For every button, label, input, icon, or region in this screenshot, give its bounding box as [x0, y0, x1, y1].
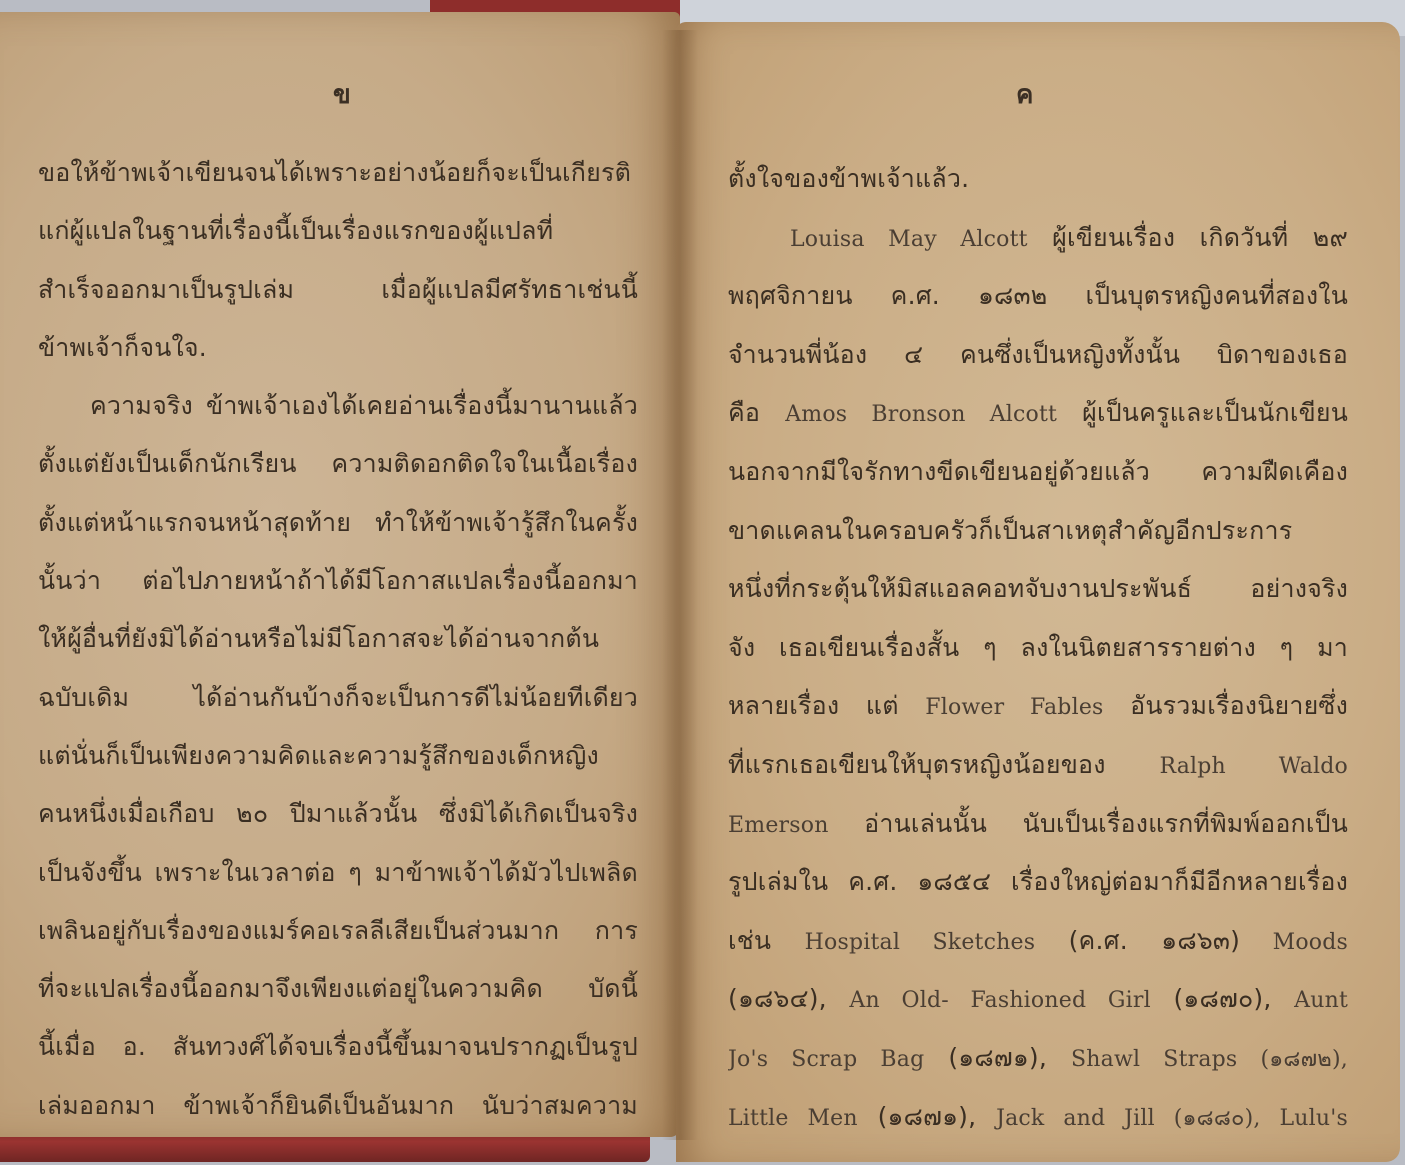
text-line: เป็นจังขึ้น เพราะในเวลาต่อ ๆ มาข้าพเจ้าไ… — [38, 844, 638, 902]
text-line: นั้นว่า ต่อไปภายหน้าถ้าได้มีโอกาสแปลเรื่… — [38, 552, 638, 610]
text-line: เพลินอยู่กับเรื่องของแมร์คอเรลลีเสียเป็น… — [38, 902, 638, 960]
text-line: ที่จะแปลเรื่องนี้ออกมาจึงเพียงแต่อยู่ในค… — [38, 960, 638, 1018]
text-line: หลายเรื่อง แต่ Flower Fables อันรวมเรื่อ… — [728, 677, 1348, 736]
text-line: สำเร็จออกมาเป็นรูปเล่ม เมื่อผู้แปลมีศรัท… — [38, 261, 638, 319]
left-page-text: ขอให้ข้าพเจ้าเขียนจนได้เพราะอย่างน้อยก็จ… — [38, 144, 638, 1135]
text-line: ข้าพเจ้าก็จนใจ. — [38, 319, 638, 377]
text-line: นี้เมื่อ อ. สันทวงศ์ได้จบเรื่องนี้ขึ้นมา… — [38, 1018, 638, 1076]
right-page-text: ตั้งใจของข้าพเจ้าแล้ว. Louisa May Alcott… — [728, 150, 1348, 1146]
text-line: แต่นั่นก็เป็นเพียงความคิดและความรู้สึกขอ… — [38, 727, 638, 785]
author-name: Louisa May Alcott — [790, 227, 1028, 252]
book-title: Moods — [1240, 930, 1348, 955]
text-line: จำนวนพี่น้อง ๔ คนซึ่งเป็นหญิงทั้งนั้น บิ… — [728, 326, 1348, 385]
text-line: เช่น Hospital Sketches (ค.ศ. ๑๘๖๓) Moods — [728, 912, 1348, 971]
person-name: Ralph Waldo — [1159, 754, 1348, 779]
father-name: Amos Bronson Alcott — [785, 402, 1057, 427]
book-title: An Old- Fashioned Girl — [849, 988, 1150, 1013]
book-title: Little Men — [728, 1106, 858, 1131]
text-line: แก่ผู้แปลในฐานที่เรื่องนี้เป็นเรื่องแรกข… — [38, 202, 638, 260]
text-line: พฤศจิกายน ค.ศ. ๑๘๓๒ เป็นบุตรหญิงคนที่สอง… — [728, 267, 1348, 326]
book-title: Shawl Straps (๑๘๗๒), — [1071, 1047, 1348, 1072]
book-title: Jack and Jill (๑๘๘๐), Lulu's — [996, 1106, 1348, 1131]
text-line: หนึ่งที่กระตุ้นให้มิสแอลคอทจับงานประพันธ… — [728, 560, 1348, 619]
text-line: (๑๘๖๔), An Old- Fashioned Girl (๑๘๗๐), A… — [728, 970, 1348, 1029]
text-line: ตั้งแต่หน้าแรกจนหน้าสุดท้าย ทำให้ข้าพเจ้… — [38, 494, 638, 552]
right-page: ค ตั้งใจของข้าพเจ้าแล้ว. Louisa May Alco… — [676, 22, 1400, 1162]
text-line: ที่แรกเธอเขียนให้บุตรหญิงน้อยของ Ralph W… — [728, 736, 1348, 795]
book-title: Hospital Sketches — [805, 930, 1036, 955]
page-number: ข — [333, 74, 351, 115]
text-line: นอกจากมีใจรักทางขีดเขียนอยู่ด้วยแล้ว ควา… — [728, 443, 1348, 502]
book-title: Jo's Scrap Bag — [728, 1047, 924, 1072]
text-line: Jo's Scrap Bag (๑๘๗๑), Shawl Straps (๑๘๗… — [728, 1029, 1348, 1088]
text-line: ตั้งแต่ยังเป็นเด็กนักเรียน ความติดอกติดใ… — [38, 435, 638, 493]
text-line: Emerson อ่านเล่นนั้น นับเป็นเรื่องแรกที่… — [728, 795, 1348, 854]
book-gutter — [662, 30, 698, 1140]
text-line: จัง เธอเขียนเรื่องสั้น ๆ ลงในนิตยสารรายต… — [728, 619, 1348, 678]
text-line: รูปเล่มใน ค.ศ. ๑๘๕๔ เรื่องใหญ่ต่อมาก็มีอ… — [728, 853, 1348, 912]
person-name: Emerson — [728, 813, 829, 838]
text-line: คนหนึ่งเมื่อเกือบ ๒๐ ปีมาแล้วนั้น ซึ่งมิ… — [38, 785, 638, 843]
text-line: ให้ผู้อื่นที่ยังมิได้อ่านหรือไม่มีโอกาสจ… — [38, 610, 638, 668]
text-line: ขาดแคลนในครอบครัวก็เป็นสาเหตุสำคัญอีกประ… — [728, 502, 1348, 561]
book-title: Aunt — [1294, 988, 1348, 1013]
text-line: Little Men (๑๘๗๑), Jack and Jill (๑๘๘๐),… — [728, 1088, 1348, 1147]
text-line: Louisa May Alcott ผู้เขียนเรื่อง เกิดวัน… — [728, 209, 1348, 268]
text-line: ขอให้ข้าพเจ้าเขียนจนได้เพราะอย่างน้อยก็จ… — [38, 144, 638, 202]
text-line: ตั้งใจของข้าพเจ้าแล้ว. — [728, 150, 1348, 209]
text-line: เล่มออกมา ข้าพเจ้าก็ยินดีเป็นอันมาก นับว… — [38, 1077, 638, 1135]
book-title: Flower Fables — [925, 695, 1103, 720]
page-number: ค — [1016, 74, 1033, 115]
text-line: ความจริง ข้าพเจ้าเองได้เคยอ่านเรื่องนี้ม… — [38, 377, 638, 435]
left-page: ข ขอให้ข้าพเจ้าเขียนจนได้เพราะอย่างน้อยก… — [0, 12, 680, 1137]
text-line: ฉบับเดิม ได้อ่านกันบ้างก็จะเป็นการดีไม่น… — [38, 669, 638, 727]
text-line: คือ Amos Bronson Alcott ผู้เป็นครูและเป็… — [728, 384, 1348, 443]
